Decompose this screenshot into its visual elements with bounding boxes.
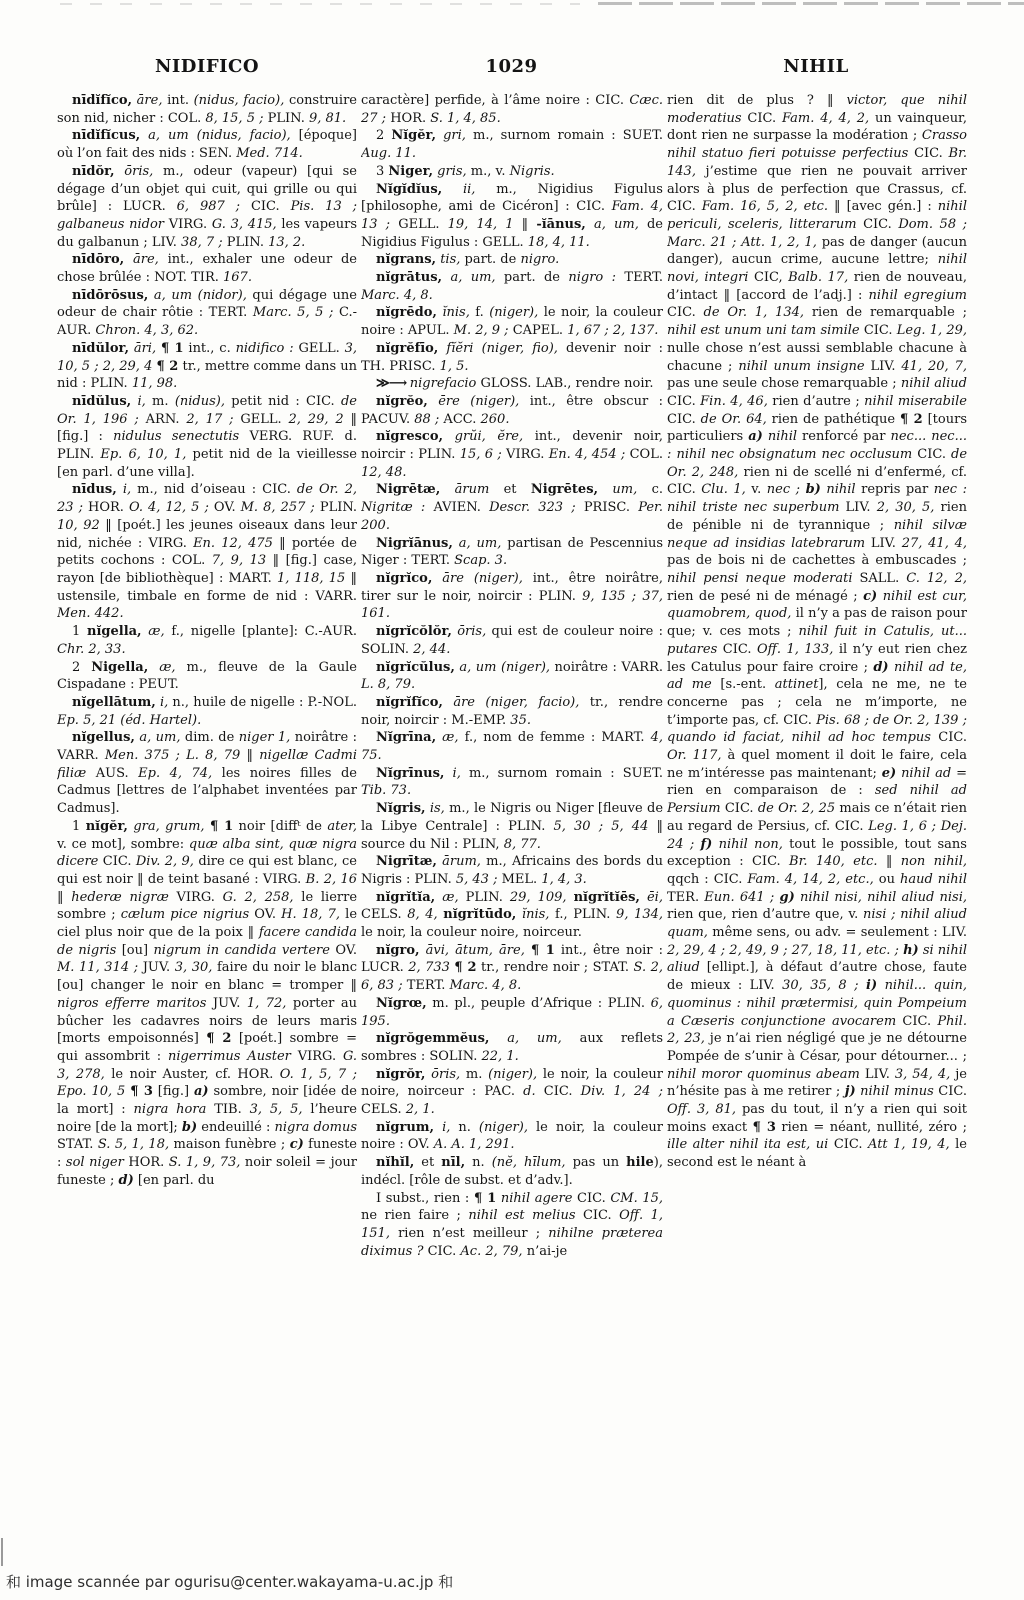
italic-text: 1, 4, 3. [541,872,586,887]
text-run: HOR. [83,500,129,515]
dictionary-entry: nīdōro, āre, int., exhaler une odeur de … [57,251,357,286]
italic-text: nigra hora [134,1102,207,1117]
text-run: pas une seule chose remarquable ; [667,376,901,391]
dictionary-entry: nĭgellātum, i, n., huile de nigelle : P.… [57,694,357,729]
italic-text: C. 12, 2, [906,571,967,586]
italic-text: nihil est unum uni tam simile [667,323,860,338]
text-run: CIC. [931,730,967,745]
italic-text: um, [598,482,637,497]
italic-text: a, um, [489,1031,561,1046]
text-run: CAPEL. [509,323,568,338]
italic-text: Br. 140, etc. [789,854,877,869]
italic-text: S. 1, 4, 85. [430,111,500,126]
italic-text: āri, [129,341,156,356]
text-run: CIC. [667,394,700,409]
italic-text: sol niger [66,1155,124,1170]
text-run: noirâtre : VARR. [550,660,663,675]
text-run: ‖ [avec gén.] : [828,199,938,214]
entry-headword: nĭgrans, [376,252,436,267]
italic-text: M. 2, 9 ; [454,323,509,338]
text-run: n., huile de nigelle : P.-NOL. [168,695,357,710]
italic-text: 7, 9, 13 [212,553,266,568]
text-run: 3 [376,164,388,179]
italic-text: 35. [510,713,531,728]
dictionary-entry: nĭgrĭcŭlus, a, um (niger), noirâtre : VA… [361,659,663,694]
text-run: TER. [667,890,704,905]
text-run: PLIN. [223,235,268,250]
italic-text: āre (niger), [432,571,522,586]
italic-text: i, [156,695,168,710]
italic-text: nihil ad [901,766,951,781]
italic-text: i, [117,482,131,497]
bold-text: nĭgrĭtĭēs, [574,890,640,905]
text-run: je n’ai rien négligé que je ne détourne … [667,1031,967,1064]
text-run: m. [460,1067,488,1082]
bold-text: Nigrētes, [531,482,598,497]
text-run: ‖ [57,890,71,905]
italic-text: ĭnis, [437,305,470,320]
text-run: TIB. [206,1102,249,1117]
entry-headword: nĭgrĭcŭlus, [376,660,455,675]
text-run: m. [146,394,175,409]
dictionary-entry: 1 nĭgella, æ, f., nigelle [plante]: C.-A… [57,623,357,658]
italic-text: 2, 1. [406,1102,435,1117]
text-run: [en parl. du [134,1173,215,1188]
italic-text: de Or. 64, [701,412,767,427]
text-run: ou [874,872,900,887]
text-run: CIC. [908,146,948,161]
bold-text: ¶ 3 [753,1120,776,1135]
dictionary-entry: Nigrītæ, ārum, m., Africains des bords d… [361,853,663,888]
text-run: CELS. [361,1102,406,1117]
text-run: v. ce mot], sombre: [57,837,189,852]
bold-text: ¶ 1 [474,1191,496,1206]
text-run: PLIN. [264,111,309,126]
text-run: [fig.] [153,1084,194,1099]
text-run: m. pl., peuple d’Afrique : PLIN. [427,996,651,1011]
dictionary-entry: nĭgrŏr, ōris, m. (niger), le noir, la co… [361,1066,663,1119]
dictionary-page-scan: NIDIFICO 1029 NIHIL nīdĭfĭco, āre, int. … [0,0,1024,1600]
italic-text: 19, 14, 1 [448,217,514,232]
text-run: m., surnom romain : SUET. [466,128,663,143]
italic-text: nigros efferre maritos [57,996,206,1011]
bold-italic-text: d) [118,1173,133,1188]
entry-headword: nĭgrĭcŏlŏr, [376,624,452,639]
italic-text: Leg. 1, 29, [897,323,967,338]
italic-text: nihil non, [719,837,783,852]
italic-text: nihil egregium [869,288,967,303]
column-left: nīdĭfĭco, āre, int. (nidus, facio), cons… [57,92,357,1542]
text-run: TERT. [616,270,663,285]
italic-text: Marc. 4, 8. [361,288,433,303]
text-run: 2 [72,660,91,675]
bold-text: nĭgĕr, [86,819,128,834]
dictionary-entry: nĭgrēdo, ĭnis, f. (niger), le noir, la c… [361,304,663,339]
column-right: rien dit de plus ? ‖ victor, que nihil m… [667,92,967,1542]
italic-text: Div. 2, 9, [136,854,194,869]
italic-text: a, um, [586,217,639,232]
italic-text: nigra domus [275,1120,357,1135]
italic-text: nihil aliud [901,376,967,391]
italic-text: Div. 1, 24 ; [581,1084,663,1099]
text-run: m., surnom romain : SUET. [461,766,663,781]
text-run: CIC. [536,1084,581,1099]
italic-text: Off. 3, 81, [667,1102,736,1117]
bold-text: ¶ 1 [210,819,233,834]
italic-text: 3, 30, [175,960,213,975]
text-run: maison funèbre ; [169,1137,290,1152]
text-run: int., c. [184,341,236,356]
bold-italic-text: c) [290,1137,304,1152]
text-run: f., PLIN. [549,907,616,922]
italic-text: galbaneus nidor [57,217,164,232]
italic-text: Scap. 3. [454,553,507,568]
dictionary-entry: 2 Nigella, æ, m., fleuve de la Gaule Cis… [57,659,357,694]
italic-text: 22, 1. [482,1049,519,1064]
italic-text: nihil moror quominus abeam [667,1067,860,1082]
text-run: LIV. [865,536,902,551]
entry-headword: nīdus, [72,482,117,497]
text-run: n’ai-je [523,1244,568,1259]
entry-headword: nĭgrŏgemmĕus, [376,1031,489,1046]
dictionary-entry: nĭgrĭco, āre (niger), int., être noirâtr… [361,570,663,623]
italic-text: Chr. 2, 33. [57,642,126,657]
dictionary-entry: caractère] perfide, à l’âme noire : CIC.… [361,92,663,127]
italic-text: Nigritæ : [361,500,425,515]
page-number: 1029 [359,56,664,77]
text-run: petit nid : CIC. [225,394,341,409]
text-run: SALL. [852,571,906,586]
text-run: OV. [209,500,241,515]
text-run: f. [470,305,489,320]
text-run [877,978,884,993]
text-run: ‖ [514,217,537,232]
italic-text: nigrum in candida vertere [153,943,330,958]
bold-text: ¶ 1 [161,341,184,356]
italic-text: Descr. 323 ; [489,500,576,515]
italic-text: Med. 714. [236,146,303,161]
italic-text: nihil minus [860,1084,934,1099]
dictionary-entry: 3 Niger, gris, m., v. Nigris. [361,163,663,181]
bold-italic-text: i) [866,978,877,993]
entry-headword: nĭgrum, [376,1120,434,1135]
text-run: f., nigelle [plante]: C.-AUR. [165,624,357,639]
text-run: CIC. [828,1137,868,1152]
italic-text: ōris, [452,624,486,639]
italic-text: nihil [768,429,797,444]
italic-text: Tib. 73. [361,783,411,798]
dictionary-entry: rien dit de plus ? ‖ victor, que nihil m… [667,92,967,1172]
italic-text: Clu. 1, [701,482,746,497]
italic-text: 8, 4, [407,907,437,922]
entry-headword: nĭgresco, [376,429,443,444]
dictionary-entry: nīdĭfĭco, āre, int. (nidus, facio), cons… [57,92,357,127]
text-run: le noir, la couleur noire, noirceur. [361,925,582,940]
italic-text: ater, [327,819,357,834]
italic-text: Or. 117, [667,748,722,763]
text-run: ‖ [878,854,901,869]
text-run: CIC. [912,447,951,462]
italic-text: En. 12, 475 [193,536,273,551]
text-run: rien d’autre ; [768,394,864,409]
text-run: AUS. [86,766,138,781]
italic-text: 2, 29, 4 ; 2, 49, 9 ; 27, 18, 11, etc. ; [667,943,899,958]
italic-text: 8, 15, 5 ; [205,111,263,126]
italic-text: Aug. 11. [361,146,416,161]
text-run: et [489,482,531,497]
entry-headword: nĭgro, [376,943,420,958]
italic-text: āre (niger, facio), [443,695,579,710]
italic-text: non nihil, [901,854,967,869]
italic-text: M. 8, 257 ; [241,500,315,515]
scan-artifact-top-edge [598,2,1024,5]
entry-headword: Nĭgris, [376,801,426,816]
italic-text: 167. [223,270,252,285]
text-run: VIRG. [291,1049,343,1064]
italic-text: d. [523,1084,535,1099]
bold-text: nīl, [441,1155,465,1170]
text-run: rien de remarquable ; [804,305,967,320]
dictionary-entry: 2 Nĭgĕr, gri, m., surnom romain : SUET. … [361,127,663,162]
italic-text: (niger), [479,1120,528,1135]
dictionary-entry: nĭgresco, grŭi, ĕre, int., devenir noir,… [361,428,663,481]
dictionary-entry: nĭgro, āvi, ātum, āre, ¶ 1 int., être no… [361,942,663,995]
text-run: HOR. [386,111,430,126]
bold-text: ¶ 2 [206,1031,231,1046]
text-run: CIC. [240,199,291,214]
italic-text: nihil unum insigne [738,359,864,374]
italic-text: a, um, [135,730,181,745]
italic-text: S. 1, 9, 73, [169,1155,241,1170]
italic-text: de Or. 2, 25 [758,801,835,816]
italic-text: Eun. 641 ; [704,890,774,905]
italic-text: 30, 35, 8 ; [782,978,858,993]
dictionary-entry: ≫⟶ nigrefacio GLOSS. LAB., rendre noir. [361,375,663,393]
dictionary-entry: nĭgrans, tis, part. de nigro. [361,251,663,269]
text-run: v. [746,482,767,497]
text-run: JUV. [206,996,246,1011]
entry-headword: nĭgrĕfīo, [376,341,438,356]
italic-text: G. 3, 415, [212,217,277,232]
bold-italic-text: a) [748,429,763,444]
italic-text: 11, 98. [132,376,177,391]
entry-headword: Nĭgrīnus, [376,766,444,781]
italic-text: ōris, [425,1067,460,1082]
bold-italic-text: c) [863,589,877,604]
text-run: noir [diffᵗ de [233,819,327,834]
italic-text: 88 ; [414,412,439,427]
text-run: LIV. [860,1067,895,1082]
italic-text: H. 18, 7, [281,907,340,922]
text-run: CIC, [748,270,788,285]
italic-text: 2, 17 ; [186,412,233,427]
scan-artifact-top-edge-2 [60,3,580,5]
bold-text: -ĭānus, [536,217,586,232]
italic-text: hederæ nigræ [71,890,169,905]
italic-text: nihil agere [501,1191,573,1206]
italic-text: 2, 29, 2 [289,412,344,427]
italic-text: 5, 43 ; [456,872,498,887]
italic-text: (nidus), [175,394,225,409]
italic-text: Nigris. [510,164,555,179]
italic-text: B. 2, 16 [306,872,357,887]
italic-text: (nĕ, hīlum, [492,1155,566,1170]
dictionary-entry: 1 nĭgĕr, gra, grum, ¶ 1 noir [diffᵗ de a… [57,818,357,1190]
running-head-right: NIHIL [666,56,966,77]
text-run: HOR. [124,1155,169,1170]
italic-text: de Or. 1, 134, [704,305,804,320]
italic-text: 12, 48. [361,465,406,480]
italic-text: Chron. 4, 3, 62. [95,323,198,338]
text-run: CIC. [98,854,135,869]
italic-text: ārum [440,482,489,497]
entry-headword: nĭgrĭco, [376,571,432,586]
italic-text: āre, [132,93,162,108]
text-run: dim. de [181,730,239,745]
italic-text: 10, 92 [57,518,100,533]
dictionary-entry: Nĭgrīnus, i, m., surnom romain : SUET. T… [361,765,663,800]
italic-text: a, um (nidor), [148,288,247,303]
text-run: CIC. [572,1191,610,1206]
text-run: CIC. [667,412,701,427]
entry-headword: nĭgrŏr, [376,1067,425,1082]
text-run: rien = néant, nullité, zéro ; [776,1120,967,1135]
text-run: rien dit de plus ? ‖ [667,93,847,108]
entry-headword: nĭhĭl, [376,1155,414,1170]
italic-text: 3, 5, 5, [250,1102,303,1117]
bold-text: ¶ 3 [130,1084,153,1099]
italic-text: Men. 375 ; L. 8, 79 [105,748,240,763]
italic-text: 38, 7 ; [181,235,223,250]
entry-headword: Nigrītæ, [376,854,437,869]
italic-text: 5, 30 ; 5, 44 [553,819,648,834]
text-run: CIC. [742,111,782,126]
italic-text: nidulus senectutis [113,429,239,444]
text-run: ARN. [139,412,187,427]
text-run: CIC. [576,1208,620,1223]
italic-text: ēre (niger), [428,394,520,409]
italic-text: āvi, ātum, āre, [420,943,525,958]
italic-text: (nidus, facio), [194,93,285,108]
entry-headword: nĭgrĕo, [376,394,428,409]
text-run: GLOSS. LAB., rendre noir. [476,376,653,391]
text-run: rien n’est meilleur ; [390,1226,548,1241]
bold-italic-text: e) [882,766,896,781]
italic-text: 260. [481,412,510,427]
text-run: CIC. [857,217,899,232]
text-run: pas un [566,1155,627,1170]
italic-text: L. 8, 79. [361,677,415,692]
italic-text: nigerrimus Auster [168,1049,291,1064]
italic-text: a, um, [453,536,502,551]
italic-text: ēi, [640,890,663,905]
dictionary-entry: nīdŭlor, āri, ¶ 1 int., c. nidifico : GE… [57,340,357,393]
text-run: 2 [376,128,391,143]
italic-text: Ac. 2, 79, [460,1244,522,1259]
dictionary-entry: Nigrĭānus, a, um, partisan de Pescennius… [361,535,663,570]
text-run: VIRG. [502,447,549,462]
text-run: rien que, rien d’autre que, v. [667,907,863,922]
text-run: OV. [330,943,357,958]
italic-text: 9, 134, [616,907,663,922]
dictionary-entry: nīdĭfĭcus, a, um (nidus, facio), [époque… [57,127,357,162]
italic-text: Pis. 68 ; de Or. 2, 139 ; [816,713,967,728]
text-run: GELL. [390,217,448,232]
entry-headword: nīdōrōsus, [72,288,148,303]
text-run: part. de [460,252,520,267]
text-run: CIC. [934,1084,967,1099]
italic-text: En. 4, 454 ; [549,447,626,462]
bold-italic-text: a) [194,1084,209,1099]
italic-text: Fam. 4, 14, 2, etc., [747,872,873,887]
italic-text: nidifico : [236,341,294,356]
text-run: AVIEN. [425,500,489,515]
italic-text: Pis. 13 ; [291,199,357,214]
text-run: GELL. [294,341,345,356]
bold-text: nĭgrĭtūdo, [443,907,516,922]
entry-headword: Nĭgrœ, [376,996,427,1011]
text-run [567,890,574,905]
text-run: PLIN. [315,500,357,515]
bold-text: Nigella, [91,660,148,675]
italic-text: nihil miserabile [864,394,967,409]
italic-text: ille alter nihil ita est, ui [667,1137,828,1152]
text-run: le noir Auster, cf. HOR. [105,1067,280,1082]
dictionary-entry: nĭgrŏgemmĕus, a, um, aux reflets sombres… [361,1030,663,1065]
italic-text: nihil triste nec superbum [667,500,839,515]
dictionary-entry: nīdŭlus, i, m. (nidus), petit nid : CIC.… [57,393,357,482]
entry-headword: nĭgrātus, [376,270,442,285]
italic-text: nihil [826,482,855,497]
italic-text: grŭi, ĕre, [443,429,523,444]
text-run: n. [450,1120,479,1135]
italic-text: attinet [775,677,819,692]
dictionary-entry: Nĭgrœ, m. pl., peuple d’Afrique : PLIN. … [361,995,663,1030]
dictionary-entry: I subst., rien : ¶ 1 nihil agere CIC. CM… [361,1190,663,1261]
dictionary-entry: nĭgrĕfīo, fĭĕri (niger, fio), devenir no… [361,340,663,375]
text-run: VIRG. [164,217,212,232]
italic-text: 41, 20, 7, [901,359,967,374]
italic-text: æ, [436,730,458,745]
text-run: 1 [72,624,87,639]
bold-text: ¶ 2 [454,960,476,975]
text-run [859,978,866,993]
italic-text: Ep. 4, 74, [138,766,212,781]
text-run: repris par [856,482,934,497]
italic-text: 1, 5. [440,359,469,374]
dictionary-entry: nĭgrĭfĭco, āre (niger, facio), tr., rend… [361,694,663,729]
dictionary-entry: nĭgrĭcŏlŏr, ōris, qui est de couleur noi… [361,623,663,658]
italic-text: Balb. 17, [788,270,848,285]
dictionary-entry: Nigrētæ, ārum et Nigrētes, um, c. Nigrit… [361,481,663,534]
italic-text: nec ; [767,482,800,497]
text-run: LIV. [839,500,876,515]
text-run: CIC. [721,801,758,816]
entry-headword: nīdĭfĭcus, [72,128,140,143]
italic-text: 1, 118, 15 [277,571,345,586]
text-run: VIRG. [169,890,223,905]
italic-text: nihil nec obsignatum nec occlusum [676,447,912,462]
italic-text: i, [444,766,460,781]
entry-headword: nĭgellātum, [72,695,156,710]
dictionary-entry: nĭhĭl, et nīl, n. (nĕ, hīlum, pas un hil… [361,1154,663,1189]
italic-text: āre, [124,252,159,267]
italic-text: Fin. 4, 46, [700,394,768,409]
bold-text: nĭgella, [87,624,142,639]
dictionary-entry: nīdus, i, m., nid d’oiseau : CIC. de Or.… [57,481,357,623]
text-run: CIC. [667,305,704,320]
italic-text: Fam. 4, 4, 2, [782,111,869,126]
